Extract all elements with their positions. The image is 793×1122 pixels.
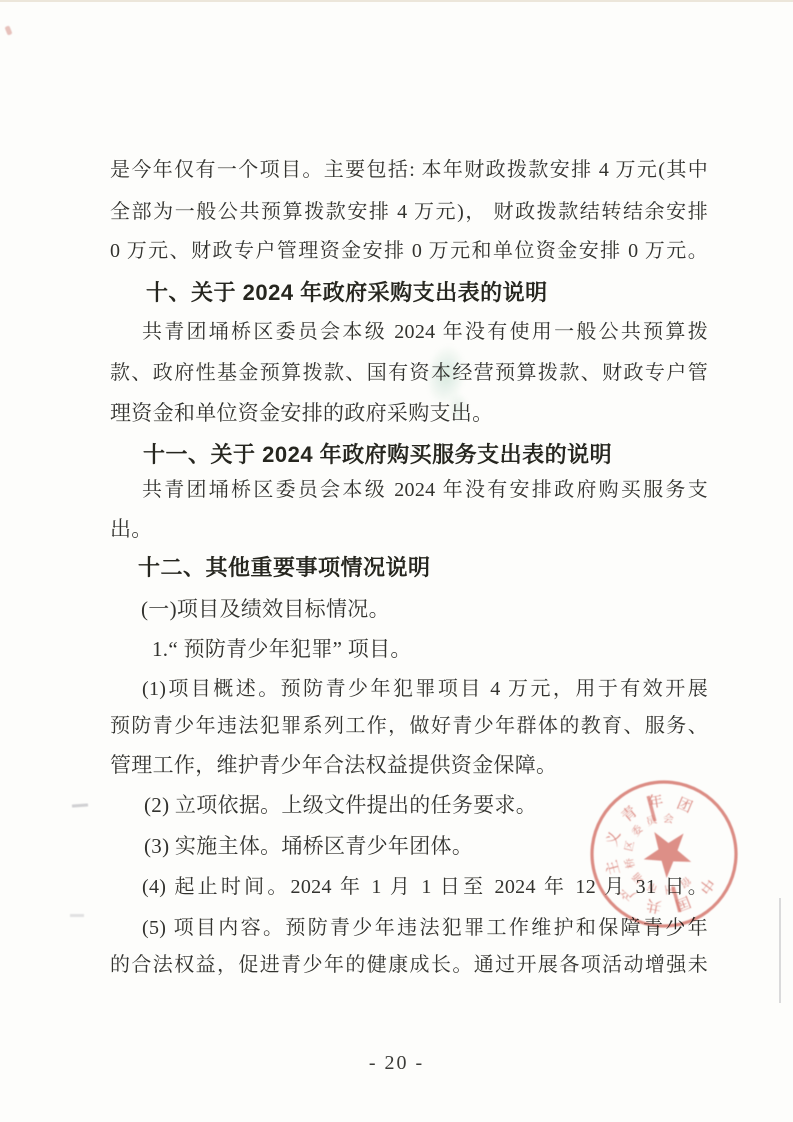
text-line: 全部为一般公共预算拨款安排 4 万元)， 财政拨款结转结余安排 [110,198,708,227]
section-heading: 十二、其他重要事项情况说明 [138,553,736,582]
official-seal: 中 国 共 产 主 义 青 年 团 宿 州 市 埇 桥 区 委 员 会 [586,774,742,934]
text-line: 预防青少年违法犯罪系列工作，做好青少年群体的教育、服务、 [110,712,708,741]
seal-inner-char: 市 [645,880,660,896]
seal-inner-char: 宿 [677,874,693,891]
scan-edge-right [779,898,781,1003]
seal-inner-char: 会 [662,812,675,826]
text-line: 0 万元、财政专户管理资金安排 0 万元和单位资金安排 0 万元。 [110,237,708,266]
text-line: 款、政府性基金预算拨款、国有资本经营预算拨款、财政专户管 [110,359,708,388]
seal-ring-char: 团 [674,795,694,817]
seal-inner-char: 员 [644,813,660,829]
seal-ring-char: 中 [695,874,718,896]
pencil-mark [72,803,88,807]
seal-ring-char: 年 [647,792,665,812]
seal-ring-char: 青 [618,803,640,826]
text-line: 共青团埇桥区委员会本级 2024 年没有安排政府购买服务支 [142,476,708,505]
seal-inner-char: 委 [630,823,646,839]
text-line: 1.“ 预防青少年犯罪” 项目。 [152,635,750,664]
section-heading: 十、关于 2024 年政府采购支出表的说明 [146,278,744,307]
seal-ring-char: 共 [645,896,663,916]
text-line: 是今年仅有一个项目。主要包括: 本年财政拨款安排 4 万元(其中 [110,156,708,185]
red-speck-mark [4,25,12,35]
text-line: 共青团埇桥区委员会本级 2024 年没有使用一般公共预算拨 [142,318,708,347]
text-line: 出。 [110,515,708,544]
text-line: (1)项目概述。预防青少年犯罪项目 4 万元，用于有效开展 [142,675,708,704]
seal-ring-char: 义 [603,829,624,848]
section-heading: 十一、关于 2024 年政府购买服务支出表的说明 [143,440,741,469]
text-line: (一)项目及绩效目标情况。 [141,595,739,624]
seal-inner-char: 区 [623,839,637,852]
seal-inner-char: 埇 [629,870,646,887]
scan-edge-top [0,0,793,2]
seal-ring-char: 主 [603,858,623,877]
seal-star-icon [638,825,694,883]
document-page: 是今年仅有一个项目。主要包括: 本年财政拨款安排 4 万元(其中 全部为一般公共… [0,0,793,1122]
seal-inner-char: 州 [663,882,675,895]
text-line: 的合法权益，促进青少年的健康成长。通过开展各项活动增强未 [110,951,708,980]
page-number: - 20 - [0,1052,793,1075]
pencil-mark [70,914,84,917]
seal-inner-char: 桥 [622,856,637,870]
text-line: 理资金和单位资金安排的政府采购支出。 [110,399,708,428]
